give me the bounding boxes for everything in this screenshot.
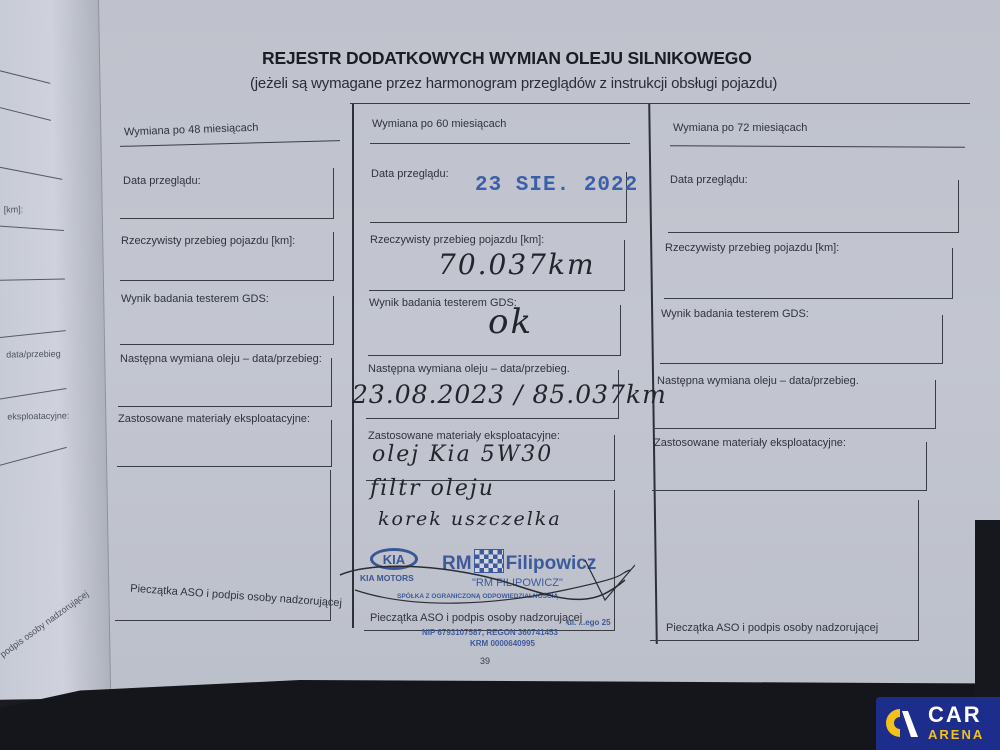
next-change-handwritten: 23.08.2023 / 85.037km xyxy=(352,380,667,409)
page-number: 39 xyxy=(480,656,490,666)
background-dark-bottom xyxy=(0,680,1000,750)
car-arena-watermark: CAR ARENA xyxy=(876,697,1000,750)
next-change-field[interactable] xyxy=(655,380,936,429)
materials-handwritten-1: olej Kia 5W30 xyxy=(372,442,553,467)
mileage-field[interactable] xyxy=(664,248,953,299)
mileage-field[interactable] xyxy=(120,232,334,281)
materials-field[interactable] xyxy=(652,442,927,491)
kia-motors-text: KIA MOTORS xyxy=(360,573,414,583)
form-line xyxy=(0,447,67,469)
form-line xyxy=(0,103,51,121)
page-subtitle: (jeżeli są wymagane przez harmonogram pr… xyxy=(250,75,777,92)
form-line xyxy=(0,330,66,339)
car-arena-logo-icon xyxy=(886,707,918,739)
dealer-line-3: NIP 6793107587, REGON 360741453 xyxy=(422,628,558,637)
column-header: Wymiana po 72 miesiącach xyxy=(673,122,807,134)
watermark-line-1: CAR xyxy=(928,702,982,728)
dealer-stamp: KIA KIA MOTORS RMRM FilipowiczFilipowicz… xyxy=(352,545,632,655)
gds-handwritten: ok xyxy=(488,302,533,342)
dealer-line-1: SPÓŁKA Z OGRANICZONĄ ODPOWIEDZIALNOŚCIĄ xyxy=(397,593,558,600)
date-field[interactable] xyxy=(668,180,959,233)
date-field[interactable] xyxy=(120,168,334,219)
dealer-name: "RM FILIPOWICZ" xyxy=(472,577,563,589)
date-stamp-value: 23 SIE. 2022 xyxy=(475,174,638,197)
column-header: Wymiana po 60 miesiącach xyxy=(372,118,506,130)
stamp-field[interactable] xyxy=(115,470,331,621)
dealer-line-2: ul. ...ego 25 xyxy=(567,618,611,627)
checkered-flag-icon xyxy=(474,549,504,573)
mileage-handwritten: 70.037km xyxy=(438,248,596,281)
form-line xyxy=(0,279,65,281)
next-change-field[interactable] xyxy=(118,358,332,407)
gds-field[interactable] xyxy=(120,296,334,345)
kia-logo: KIA xyxy=(370,548,418,570)
materials-field[interactable] xyxy=(117,420,332,467)
stamp-field[interactable] xyxy=(650,500,919,641)
form-line xyxy=(0,388,66,402)
table-top-rule xyxy=(350,103,970,104)
left-page-text: [km]: xyxy=(4,204,24,214)
dealer-line-4: KRM 0000640995 xyxy=(470,639,535,648)
header-rule xyxy=(370,143,630,144)
stamp-label: Pieczątka ASO i podpis osoby nadzorujące… xyxy=(666,622,878,634)
gds-field[interactable] xyxy=(660,315,943,364)
page-title: REJESTR DODATKOWYCH WYMIAN OLEJU SILNIKO… xyxy=(262,48,752,69)
left-page: [km]: data/przebieg eksploatacyjne: podp… xyxy=(0,0,111,700)
left-page-text: podpis osoby nadzorującej xyxy=(0,589,90,660)
left-page-text: data/przebieg xyxy=(6,349,61,360)
background-dark-right xyxy=(975,520,1000,700)
form-line xyxy=(0,66,50,84)
dealer-brand: RMRM FilipowiczFilipowicz xyxy=(442,549,596,575)
left-page-text: eksploatacyjne: xyxy=(7,411,69,422)
form-line xyxy=(0,224,64,231)
form-line xyxy=(0,164,62,180)
watermark-line-2: ARENA xyxy=(928,727,984,742)
